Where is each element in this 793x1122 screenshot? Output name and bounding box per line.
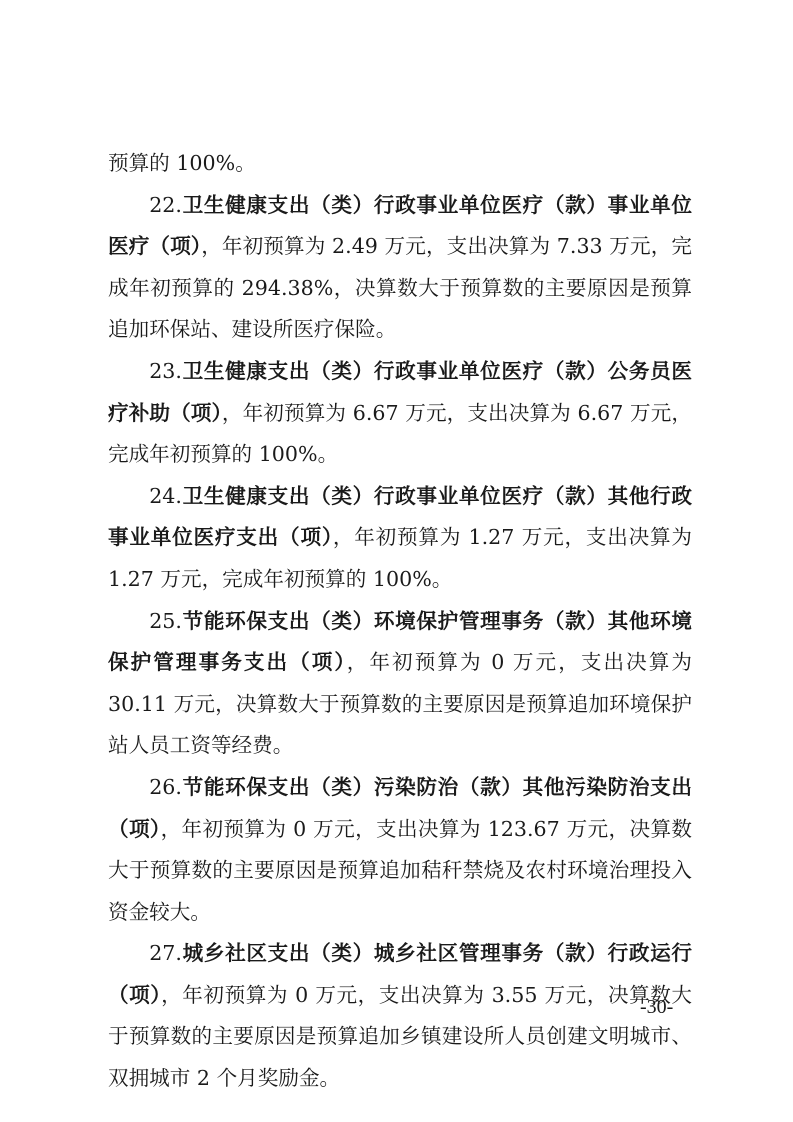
item-number: 22.: [149, 193, 182, 217]
item-body: ，年初预算为 0 万元，支出决算为 3.55 万元，决算数大于预算数的主要原因是…: [108, 983, 692, 1090]
document-page: 预算的 100%。 22.卫生健康支出（类）行政事业单位医疗（款）事业单位医疗（…: [108, 143, 692, 1100]
item-paragraph-22: 22.卫生健康支出（类）行政事业单位医疗（款）事业单位医疗（项），年初预算为 2…: [108, 185, 692, 351]
item-body: ，年初预算为 0 万元，支出决算为 123.67 万元，决算数大于预算数的主要原…: [108, 817, 692, 924]
item-paragraph-26: 26.节能环保支出（类）污染防治（款）其他污染防治支出（项），年初预算为 0 万…: [108, 767, 692, 933]
item-paragraph-24: 24.卫生健康支出（类）行政事业单位医疗（款）其他行政事业单位医疗支出（项），年…: [108, 476, 692, 601]
item-number: 23.: [149, 359, 182, 383]
item-paragraph-27: 27.城乡社区支出（类）城乡社区管理事务（款）行政运行（项），年初预算为 0 万…: [108, 933, 692, 1099]
item-paragraph-25: 25.节能环保支出（类）环境保护管理事务（款）其他环境保护管理事务支出（项），年…: [108, 601, 692, 767]
continuation-paragraph: 预算的 100%。: [108, 143, 692, 185]
item-paragraph-23: 23.卫生健康支出（类）行政事业单位医疗（款）公务员医疗补助（项），年初预算为 …: [108, 351, 692, 476]
item-number: 24.: [149, 484, 182, 508]
item-number: 25.: [149, 609, 182, 633]
item-number: 27.: [149, 941, 182, 965]
page-number: -30-: [640, 996, 673, 1019]
item-number: 26.: [149, 775, 182, 799]
